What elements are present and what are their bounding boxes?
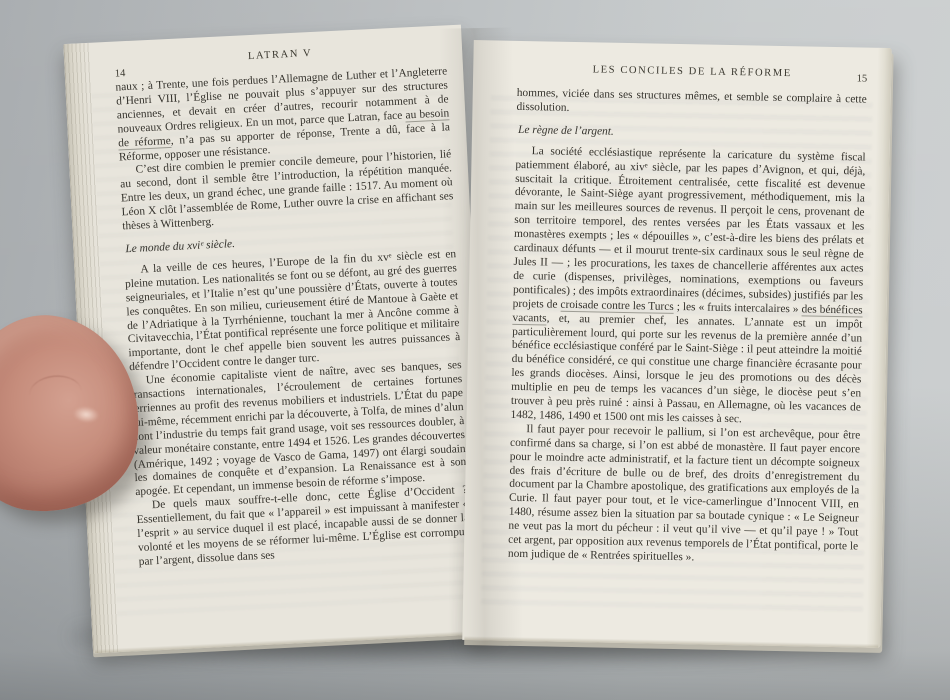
paragraph: De quels maux souffre-t-elle donc, cette…: [136, 484, 471, 570]
pencil-underline: au besoin de réforme: [118, 107, 450, 151]
paragraph: Il faut payer pour recevoir le pallium, …: [508, 423, 861, 569]
thumb-highlight: [72, 405, 100, 424]
header-spacer: [517, 71, 551, 72]
paragraph: hommes, viciée dans ses structures mêmes…: [516, 87, 866, 122]
thumb-crease: [28, 373, 83, 412]
page-left: 14 LATRAN V naux ; à Trente, une fois pe…: [63, 25, 490, 654]
header-spacer: [412, 49, 446, 51]
section-heading: Le règne de l’argent.: [516, 124, 866, 145]
page-number-left: 14: [115, 67, 149, 80]
page-left-content: 14 LATRAN V naux ; à Trente, une fois pe…: [63, 25, 490, 654]
page-right: LES CONCILES DE LA RÉFORME 15 hommes, vi…: [462, 40, 891, 648]
page-right-content: LES CONCILES DE LA RÉFORME 15 hommes, vi…: [462, 40, 891, 648]
page-number-right: 15: [833, 73, 867, 85]
open-book: 14 LATRAN V naux ; à Trente, une fois pe…: [0, 0, 950, 700]
page-header-right: LES CONCILES DE LA RÉFORME 15: [517, 63, 867, 81]
running-head-left: LATRAN V: [148, 43, 412, 67]
pencil-underline: croisade contre les Turcs: [560, 298, 674, 314]
paragraph: C’est dire combien le premier concile de…: [119, 149, 454, 235]
paragraph: naux ; à Trente, une fois perdues l’Alle…: [115, 65, 451, 165]
paragraph: La société ecclésiastique représente la …: [510, 145, 865, 430]
text-column-right: hommes, viciée dans ses structures mêmes…: [508, 87, 867, 569]
text-column-left: naux ; à Trente, une fois perdues l’Alle…: [115, 65, 470, 569]
paragraph: A la veille de ces heures, l’Europe de l…: [124, 248, 461, 375]
photo-book-spread: 14 LATRAN V naux ; à Trente, une fois pe…: [0, 0, 950, 700]
running-head-right: LES CONCILES DE LA RÉFORME: [551, 64, 833, 80]
page-header-left: 14 LATRAN V: [114, 41, 446, 68]
paragraph: Une économie capitaliste vient de naître…: [130, 359, 468, 500]
